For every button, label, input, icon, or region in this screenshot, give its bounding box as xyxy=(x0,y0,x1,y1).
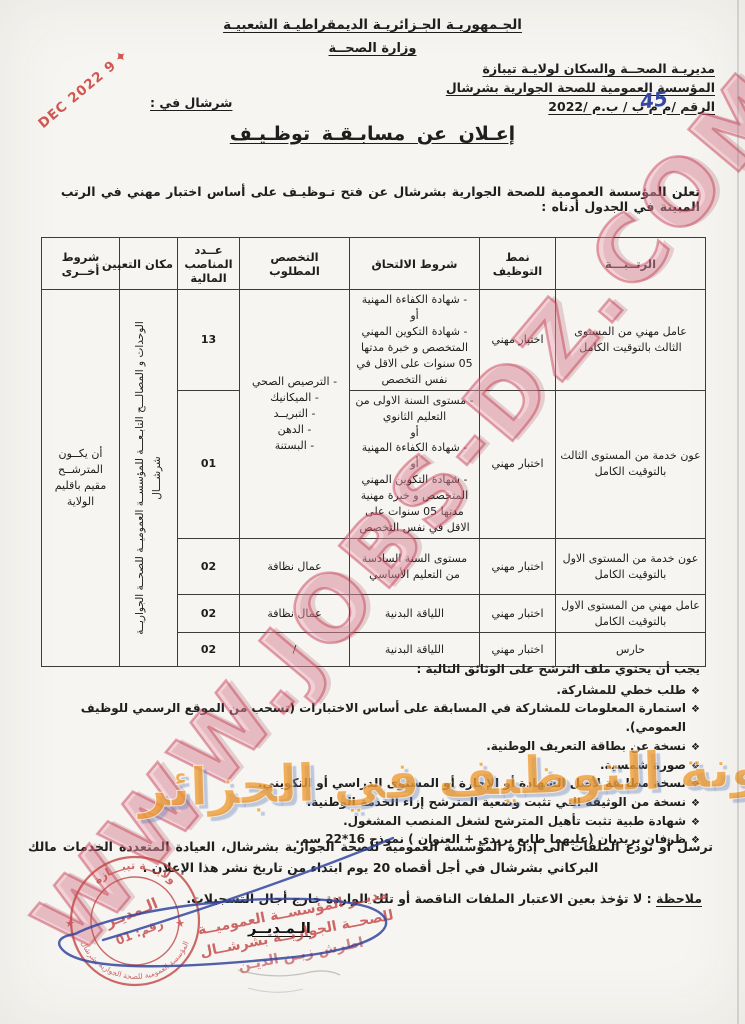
diamond-bullet-icon: ❖ xyxy=(691,702,700,718)
specialty-merged-cell: - الترصيص الصحي - الميكانيك - التبريــد … xyxy=(240,290,350,539)
reference-number-line: الرقم /م م ب / ب.م /2022 xyxy=(446,98,715,116)
list-item: ❖ طلب خطي للمشاركة. xyxy=(42,681,700,700)
count-cell: 02 xyxy=(178,595,240,633)
list-item: ❖ استمارة المعلومات للمشاركة في المسابقة… xyxy=(42,699,700,736)
handwritten-reference-number: 45 xyxy=(638,86,669,114)
diamond-bullet-icon: ❖ xyxy=(691,815,700,831)
directorate-line: مديريـة الصحــة والسكان لولايـة تيبازة xyxy=(446,60,715,78)
institution-line: المؤسسة العمومية للصحة الجوارية بشرشال xyxy=(446,79,715,97)
place-merged-cell: الوحدات و المصالـــح التابـعـــة للمؤسسـ… xyxy=(120,290,178,667)
other-conditions-merged-cell: أن يكــون المترشــح مقيم باقليم الولاية xyxy=(42,290,120,667)
rank-cell: عون خدمة من المستوى الثالث بالتوقيت الكا… xyxy=(556,390,706,538)
republic-header: الجـمهوريـة الجـزائريـة الديمقراطيـة الش… xyxy=(0,17,745,33)
count-cell: 13 xyxy=(178,290,240,391)
directorate-block: مديريـة الصحــة والسكان لولايـة تيبازة ا… xyxy=(446,60,715,116)
documents-intro: يجب أن يحتوي ملف الترشح على الوثائق التا… xyxy=(42,660,700,679)
rank-cell: عامل مهني من المستوى الاول بالتوقيت الكا… xyxy=(556,595,706,633)
page-title: إعـلان عن مسابـقـة توظـيـف xyxy=(0,123,745,145)
col-header-specialty: التخصص المطلوب xyxy=(240,238,350,290)
count-cell: 01 xyxy=(178,390,240,538)
handwritten-signature xyxy=(33,812,413,1022)
col-header-conditions: شروط الالتحاق xyxy=(350,238,480,290)
mode-cell: اختبار مهني xyxy=(480,539,556,595)
col-header-place: مكان التعيين xyxy=(120,238,178,290)
document-item-text: طلب خطي للمشاركة. xyxy=(556,681,686,700)
diamond-bullet-icon: ❖ xyxy=(691,684,700,700)
note-label: ملاحظة xyxy=(656,891,702,906)
place-vertical-text: الوحدات و المصالـــح التابـعـــة للمؤسسـ… xyxy=(132,304,166,652)
date-stamp-text: 9 DEC 2022 xyxy=(35,57,119,131)
rank-cell: عون خدمة من المستوى الاول بالتوقيت الكام… xyxy=(556,539,706,595)
date-stamp: ✦9 DEC 2022 xyxy=(34,45,132,132)
col-header-count: عــدد المناصب المالية xyxy=(178,238,240,290)
count-cell: 02 xyxy=(178,539,240,595)
mode-cell: اختبار مهني xyxy=(480,595,556,633)
document-item-text: استمارة المعلومات للمشاركة في المسابقة ع… xyxy=(42,699,686,736)
city-date-line: شرشال في : xyxy=(150,95,232,110)
scanned-document-page: WWW.JOBS-DZ.COM مدونة التوظيف في الجزائر… xyxy=(0,0,745,1024)
